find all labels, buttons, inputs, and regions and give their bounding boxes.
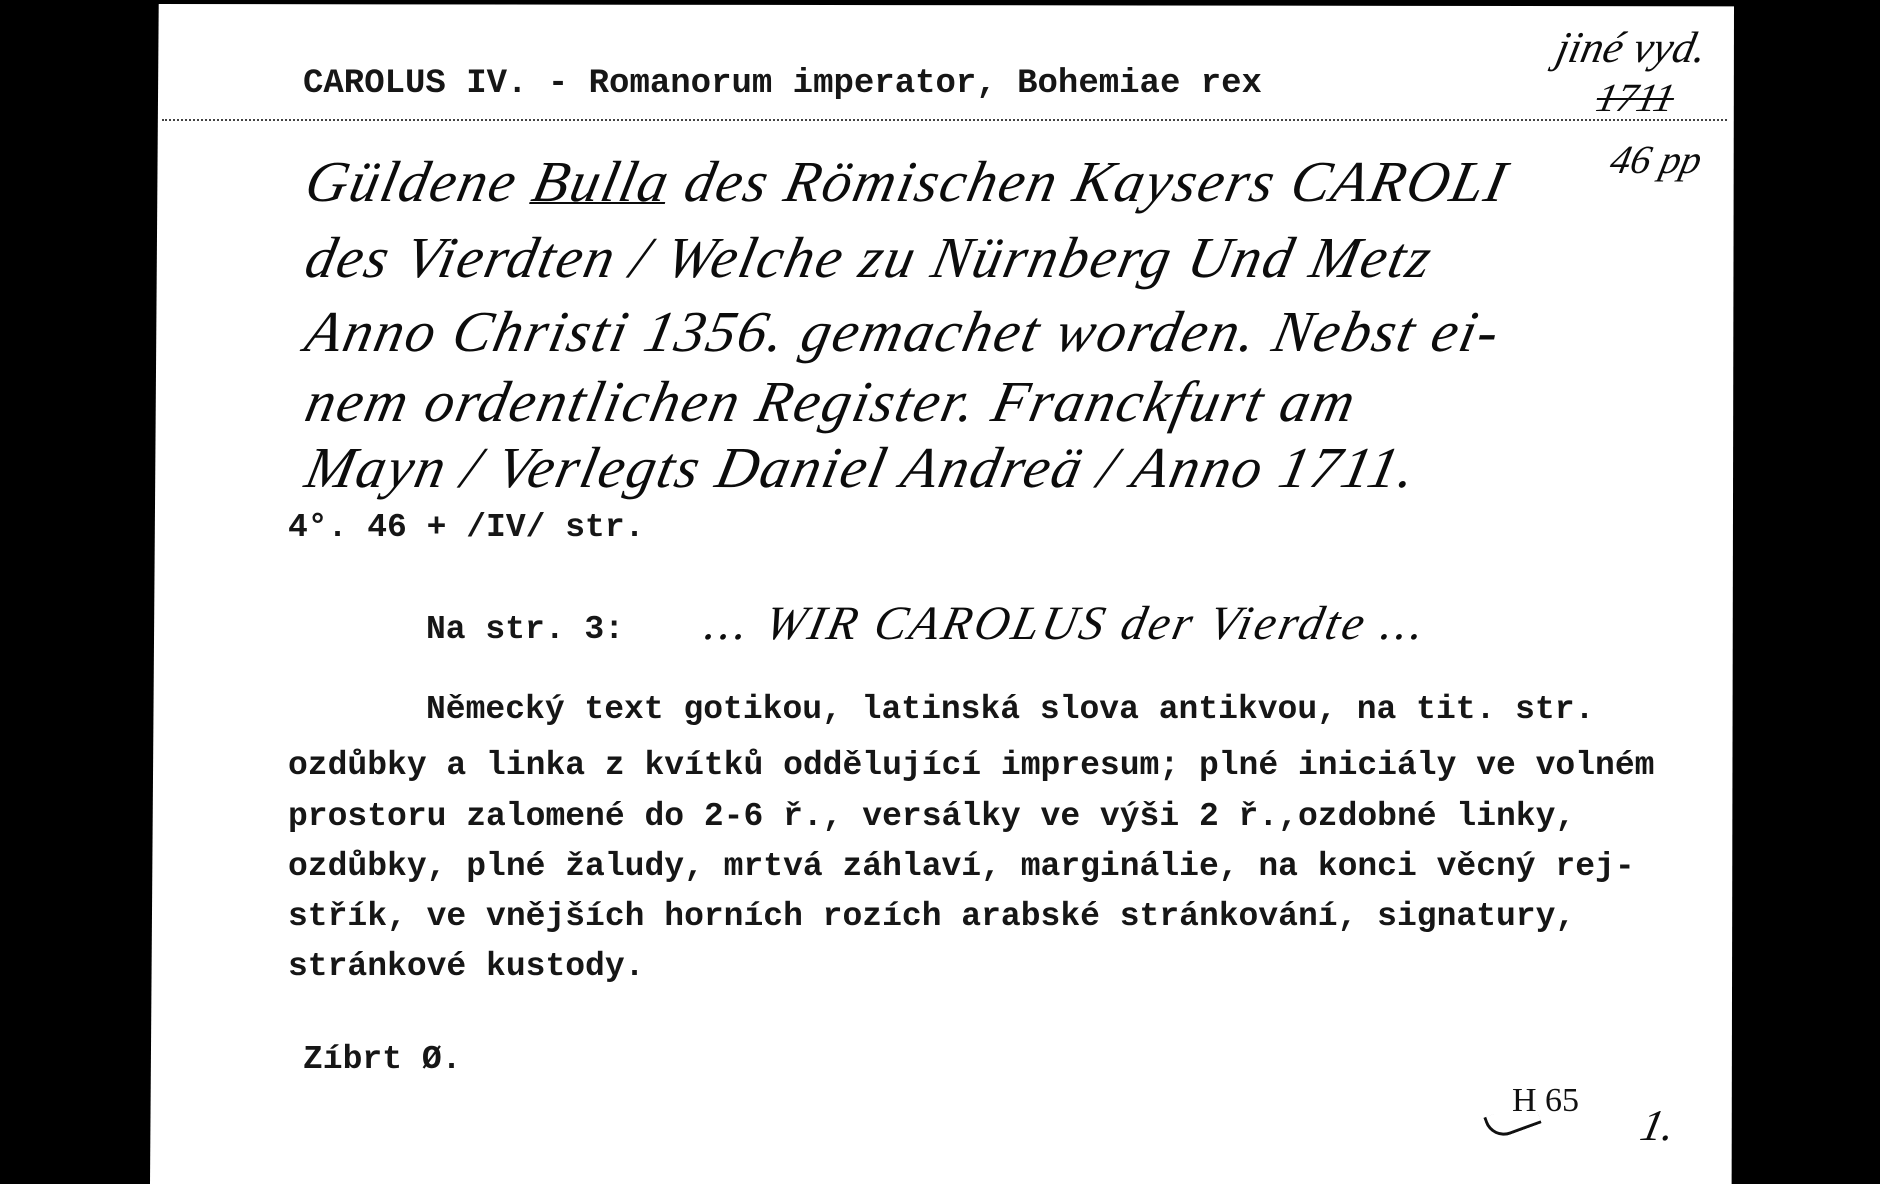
description-line-4: ozdůbky, plné žaludy, mrtvá záhlaví, mar… — [288, 847, 1635, 887]
card-heading: CAROLUS IV. - Romanorum imperator, Bohem… — [303, 64, 1262, 104]
title-line-1-post: des Römischen Kaysers CAROLI — [663, 149, 1515, 214]
handwritten-title-line-1: Güldene Bulla des Römischen Kaysers CARO… — [300, 150, 1514, 214]
bibliographic-reference: Zíbrt Ø. — [303, 1040, 461, 1080]
description-line-6: stránkové kustody. — [288, 947, 644, 987]
title-line-1-underlined: Bulla — [527, 149, 676, 214]
annotation-other-edition: jiné vyd. — [1552, 24, 1711, 72]
description-line-2: ozdůbky a linka z kvítků oddělující impr… — [288, 746, 1654, 786]
handwritten-title-line-4: nem ordentlichen Register. Franckfurt am — [300, 370, 1363, 434]
format-line: 4°. 46 + /IV/ str. — [288, 508, 644, 548]
annotation-page-count: 46 pp — [1606, 136, 1706, 184]
quote-label: Na str. 3: — [426, 610, 624, 650]
handwritten-title-line-3: Anno Christi 1356. gemachet worden. Nebs… — [300, 300, 1507, 364]
heading-divider — [162, 119, 1727, 121]
description-line-1: Německý text gotikou, latinská slova ant… — [426, 690, 1594, 730]
description-line-3: prostoru zalomené do 2-6 ř., versálky ve… — [288, 797, 1575, 837]
quote-handwritten: ... WIR CAROLUS der Vierdte ... — [700, 596, 1433, 652]
description-line-5: střík, ve vnějších horních rozích arabsk… — [288, 897, 1575, 937]
handwritten-title-line-2: des Vierdten / Welche zu Nürnberg Und Me… — [300, 226, 1439, 290]
annotation-crossed-year: 1711 — [1592, 74, 1679, 122]
title-line-1-pre: Güldene — [300, 149, 541, 214]
handwritten-title-line-5: Mayn / Verlegts Daniel Andreä / Anno 171… — [300, 436, 1423, 500]
